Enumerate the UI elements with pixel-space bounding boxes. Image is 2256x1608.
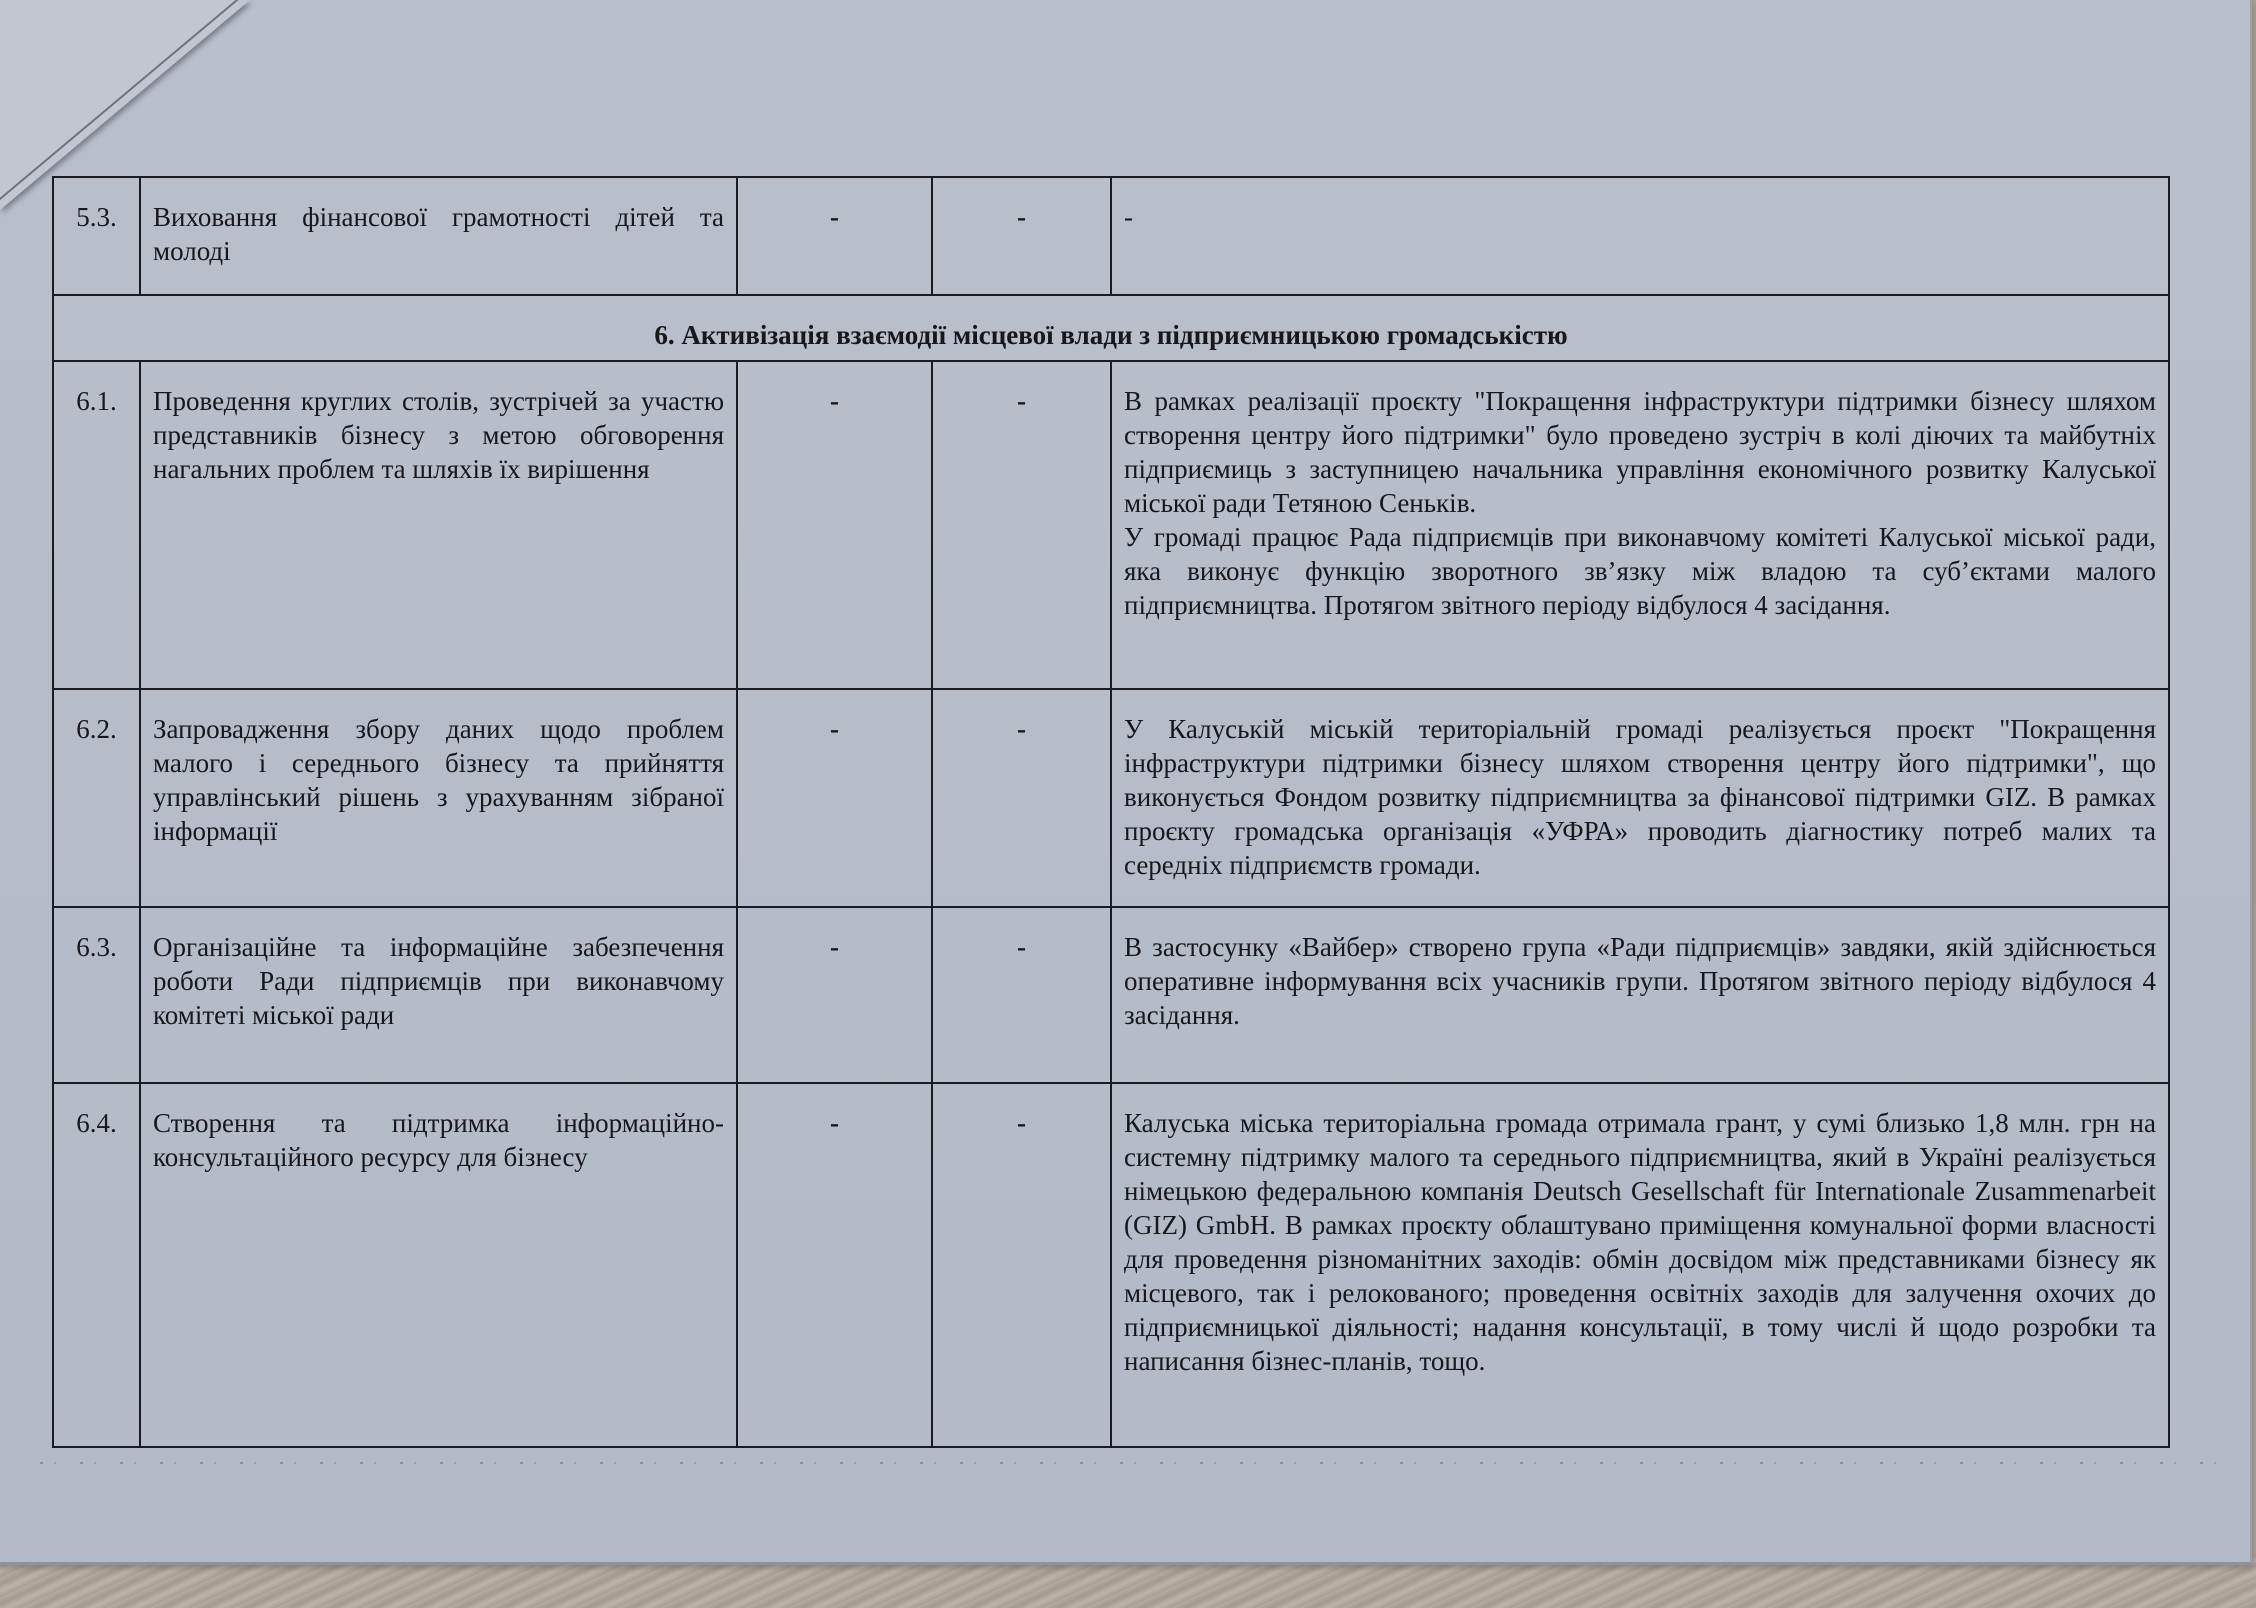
table-row-5-3: 5.3. Виховання фінансової грамотності ді…: [53, 177, 2169, 295]
result-paragraph: В застосунку «Вайбер» створено група «Ра…: [1124, 930, 2156, 1032]
result-paragraph: У Калуській міській територіальній грома…: [1124, 712, 2156, 882]
item-number: 6.2.: [53, 689, 140, 907]
item-number: 6.3.: [53, 907, 140, 1083]
result-cell: У Калуській міській територіальній грома…: [1111, 689, 2169, 907]
section-header-row: 6. Активізація взаємодії місцевої влади …: [53, 295, 2169, 361]
result-cell: В рамках реалізації проєкту "Покращення …: [1111, 361, 2169, 689]
table-row-6-2: 6.2. Запровадження збору даних щодо проб…: [53, 689, 2169, 907]
result-paragraph: -: [1124, 200, 2156, 234]
table-row-6-1: 6.1. Проведення круглих столів, зустріче…: [53, 361, 2169, 689]
result-paragraph: Калуська міська територіальна громада от…: [1124, 1106, 2156, 1378]
value-cell: -: [932, 177, 1111, 295]
item-number: 6.1.: [53, 361, 140, 689]
value-cell: -: [737, 907, 932, 1083]
result-cell: В застосунку «Вайбер» створено група «Ра…: [1111, 907, 2169, 1083]
value-cell: -: [932, 907, 1111, 1083]
value-cell: -: [932, 361, 1111, 689]
result-cell: Калуська міська територіальна громада от…: [1111, 1083, 2169, 1447]
value-cell: -: [932, 1083, 1111, 1447]
value-cell: -: [737, 689, 932, 907]
measure-text: Організаційне та інформаційне забезпечен…: [140, 907, 737, 1083]
measure-text: Запровадження збору даних щодо проблем м…: [140, 689, 737, 907]
section-title: 6. Активізація взаємодії місцевої влади …: [53, 295, 2169, 361]
desk-surface: [0, 1558, 2256, 1608]
value-cell: -: [737, 177, 932, 295]
value-cell: -: [737, 1083, 932, 1447]
table-row-6-4: 6.4. Створення та підтримка інформаційно…: [53, 1083, 2169, 1447]
measure-text: Проведення круглих столів, зустрічей за …: [140, 361, 737, 689]
print-artifact-line: [40, 1462, 2240, 1464]
document-page: 5.3. Виховання фінансової грамотності ді…: [0, 0, 2252, 1565]
measure-text: Створення та підтримка інформаційно-конс…: [140, 1083, 737, 1447]
result-paragraph: У громаді працює Рада підприємців при ви…: [1124, 520, 2156, 622]
folded-corner: [0, 0, 250, 210]
table-row-6-3: 6.3. Організаційне та інформаційне забез…: [53, 907, 2169, 1083]
result-cell: -: [1111, 177, 2169, 295]
item-number: 6.4.: [53, 1083, 140, 1447]
value-cell: -: [737, 361, 932, 689]
report-table: 5.3. Виховання фінансової грамотності ді…: [52, 176, 2170, 1448]
value-cell: -: [932, 689, 1111, 907]
result-paragraph: В рамках реалізації проєкту "Покращення …: [1124, 384, 2156, 520]
